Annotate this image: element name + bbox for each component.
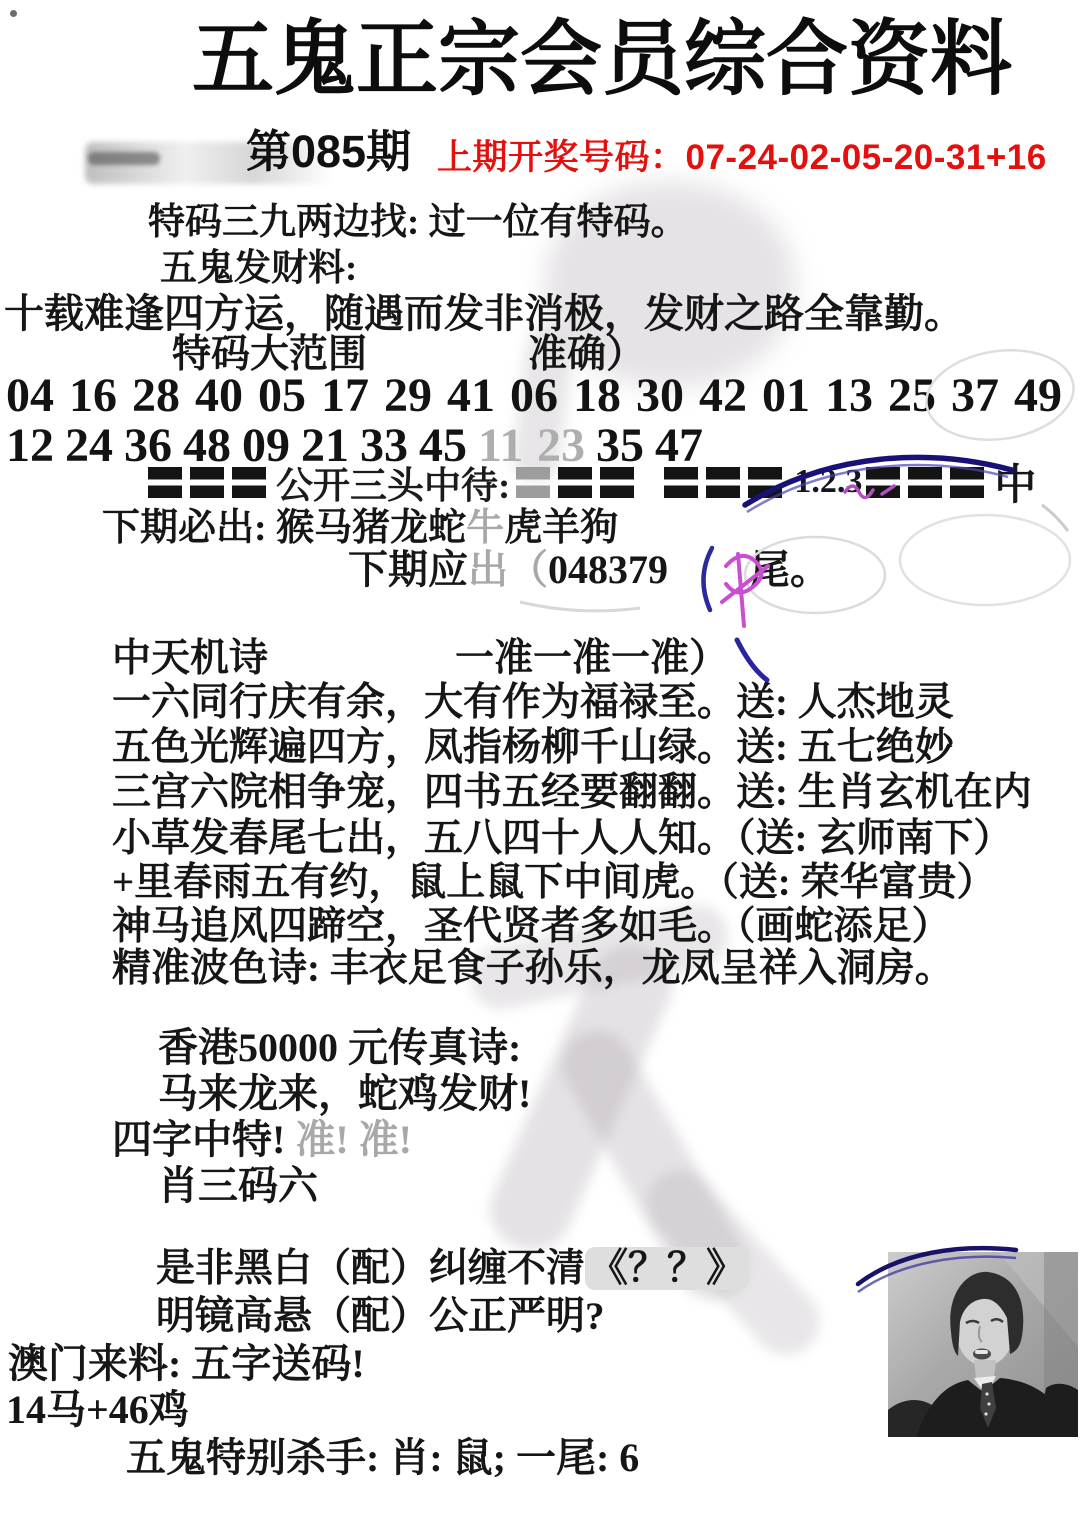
censor-block — [558, 467, 592, 498]
censor-block-group — [664, 467, 790, 498]
riddle-line: 明镜高悬（配）公正严明? — [156, 1296, 605, 1338]
number-cell: 29 — [384, 368, 447, 423]
sky-poem-line: +里春雨五有约，鼠上鼠下中间虎。（送: 荣华富贵） — [112, 862, 995, 904]
number-cell: 04 — [6, 368, 69, 423]
next-must-appear-line: 下期必出: 猴马猪龙蛇牛虎羊狗 — [102, 508, 618, 549]
number-cell: 40 — [195, 368, 258, 423]
previous-draw-numbers: 上期开奖号码：07-24-02-05-20-31+16 — [437, 139, 1047, 177]
censor-block — [664, 467, 698, 498]
number-cell: 18 — [573, 368, 636, 423]
sky-poem-line: 小草发春尾七出，五八四十人人知。（送: 玄师南下） — [112, 818, 1012, 860]
erased-text-smudge — [88, 152, 160, 165]
sky-poem-accuracy: 一准一准一准） — [455, 638, 728, 680]
man-portrait-illustration — [888, 1252, 1078, 1437]
censored-heads-line: 公开三头中待: 1.2.3 中 — [148, 460, 1036, 504]
number-cell: 25 — [888, 368, 951, 423]
number-cell: 30 — [636, 368, 699, 423]
sky-poem-line: 三宫六院相争宠，四书五经要翻翻。送: 生肖玄机在内 — [112, 772, 1032, 814]
sky-poem-title: 中天机诗 — [112, 638, 268, 680]
number-cell: 12 — [6, 418, 65, 473]
sky-poem-line: 五色光辉遍四方，凤指杨柳千山绿。送: 五七绝妙 — [112, 727, 954, 769]
number-cell: 06 — [510, 368, 573, 423]
special-kill-line: 五鬼特别杀手: 肖: 鼠; 一尾: 6 — [126, 1436, 639, 1479]
number-cell: 01 — [762, 368, 825, 423]
blocks-mid-numbers: 1.2.3 — [794, 463, 862, 501]
censor-block — [148, 467, 182, 498]
blocks-tail-char: 中 — [994, 452, 1036, 512]
number-cell: 49 — [1014, 368, 1077, 423]
number-cell: 16 — [69, 368, 132, 423]
blocks-caption: 公开三头中待: — [276, 455, 510, 509]
censor-block — [190, 467, 224, 498]
ink-speck — [10, 10, 17, 17]
portrait-photo — [888, 1252, 1078, 1437]
censor-block-group — [866, 467, 992, 498]
fax-poem-title: 香港50000 元传真诗: — [158, 1026, 521, 1069]
number-cell: 13 — [825, 368, 888, 423]
next-should-appear-line: 下期应出（048379尾。 — [348, 548, 830, 591]
number-cell: 28 — [132, 368, 195, 423]
censor-block-group — [516, 467, 642, 498]
page-title: 五鬼正宗会员综合资料 — [192, 16, 1012, 105]
censor-block — [516, 467, 550, 498]
censor-block — [866, 467, 900, 498]
censor-block — [748, 467, 782, 498]
number-grid-row-1: 0416284005172941061830420113253749 — [6, 368, 1077, 423]
code-pair-line: 14马+46鸡 — [6, 1388, 189, 1431]
censor-block-group — [148, 467, 274, 498]
fax-poem-line: 肖三码六 — [158, 1164, 318, 1207]
censor-block — [232, 467, 266, 498]
wave-color-poem-line: 精准波色诗: 丰衣足食子孙乐，龙凤呈祥入洞房。 — [112, 948, 954, 990]
number-cell: 42 — [699, 368, 762, 423]
number-cell: 05 — [258, 368, 321, 423]
riddle-line: 是非黑白（配）纠缠不清《？？》 — [156, 1248, 749, 1290]
censor-block — [706, 467, 740, 498]
tip-line-verse: 十载难逢四方运，随遇而发非消极，发财之路全靠勤。 — [4, 292, 964, 335]
macau-tip-line: 澳门来料: 五字送码! — [8, 1342, 365, 1385]
censor-block — [600, 467, 634, 498]
fax-poem-line: 马来龙来，蛇鸡发财! — [158, 1072, 531, 1115]
number-cell: 17 — [321, 368, 384, 423]
issue-number: 第085期 — [246, 128, 411, 177]
flyer-page: 五鬼正宗会员综合资料 第085期 上期开奖号码：07-24-02-05-20-3… — [0, 0, 1080, 1527]
tip-line-fortune-label: 五鬼发财料: — [160, 249, 357, 289]
fax-poem-line: 四字中特! 准! 准! — [112, 1118, 412, 1161]
sky-poem-line: 神马追风四蹄空，圣代贤者多如毛。（画蛇添足） — [112, 906, 951, 948]
number-cell: 37 — [951, 368, 1014, 423]
sky-poem-line: 一六同行庆有余，大有作为福禄至。送: 人杰地灵 — [112, 682, 954, 724]
censor-block — [908, 467, 942, 498]
highlighted-question-marks: 《？？》 — [585, 1247, 749, 1290]
number-cell: 24 — [65, 418, 124, 473]
tip-line-special-code: 特码三九两边找: 过一位有特码。 — [148, 203, 688, 243]
number-cell: 41 — [447, 368, 510, 423]
censor-block — [950, 467, 984, 498]
